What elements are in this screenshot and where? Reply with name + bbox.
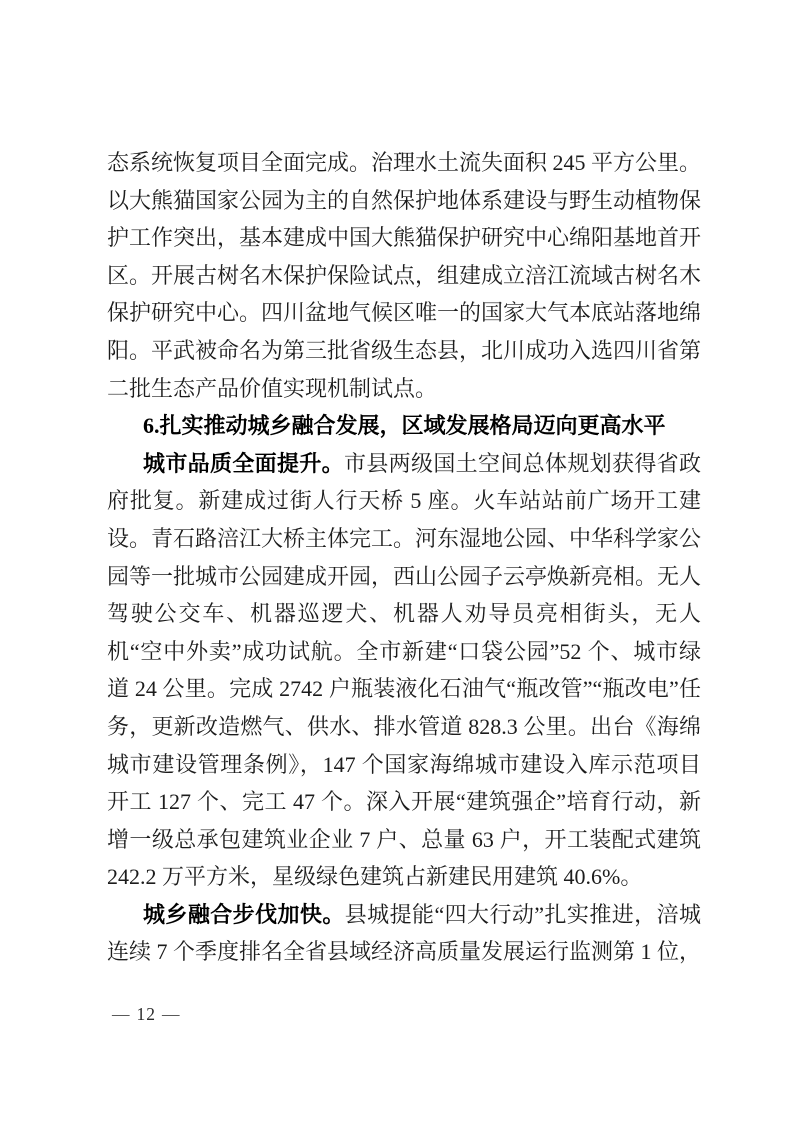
paragraph-urban-rural: 城乡融合步伐加快。县城提能“四大行动”扎实推进，涪城连续 7 个季度排名全省县域…	[107, 896, 701, 971]
paragraph-city-quality-lead: 城市品质全面提升。	[143, 451, 344, 476]
page-number: 12	[137, 1004, 157, 1024]
section-heading-6: 6.扎实推动城乡融合发展，区域发展格局迈向更高水平	[107, 407, 701, 445]
footer-dash-right: —	[156, 1002, 187, 1026]
document-page: 态系统恢复项目全面完成。治理水土流失面积 245 平方公里。以大熊猫国家公园为主…	[0, 0, 793, 1122]
paragraph-urban-rural-lead: 城乡融合步伐加快。	[143, 902, 345, 927]
footer-dash-left: —	[106, 1002, 137, 1026]
paragraph-city-quality: 城市品质全面提升。市县两级国土空间总体规划获得省政府批复。新建成过街人行天桥 5…	[107, 445, 701, 896]
document-body: 态系统恢复项目全面完成。治理水土流失面积 245 平方公里。以大熊猫国家公园为主…	[107, 144, 701, 971]
paragraph-city-quality-text: 市县两级国土空间总体规划获得省政府批复。新建成过街人行天桥 5 座。火车站站前广…	[107, 451, 701, 890]
paragraph-ecology-continuation: 态系统恢复项目全面完成。治理水土流失面积 245 平方公里。以大熊猫国家公园为主…	[107, 144, 701, 407]
page-footer: —12—	[106, 1002, 187, 1026]
